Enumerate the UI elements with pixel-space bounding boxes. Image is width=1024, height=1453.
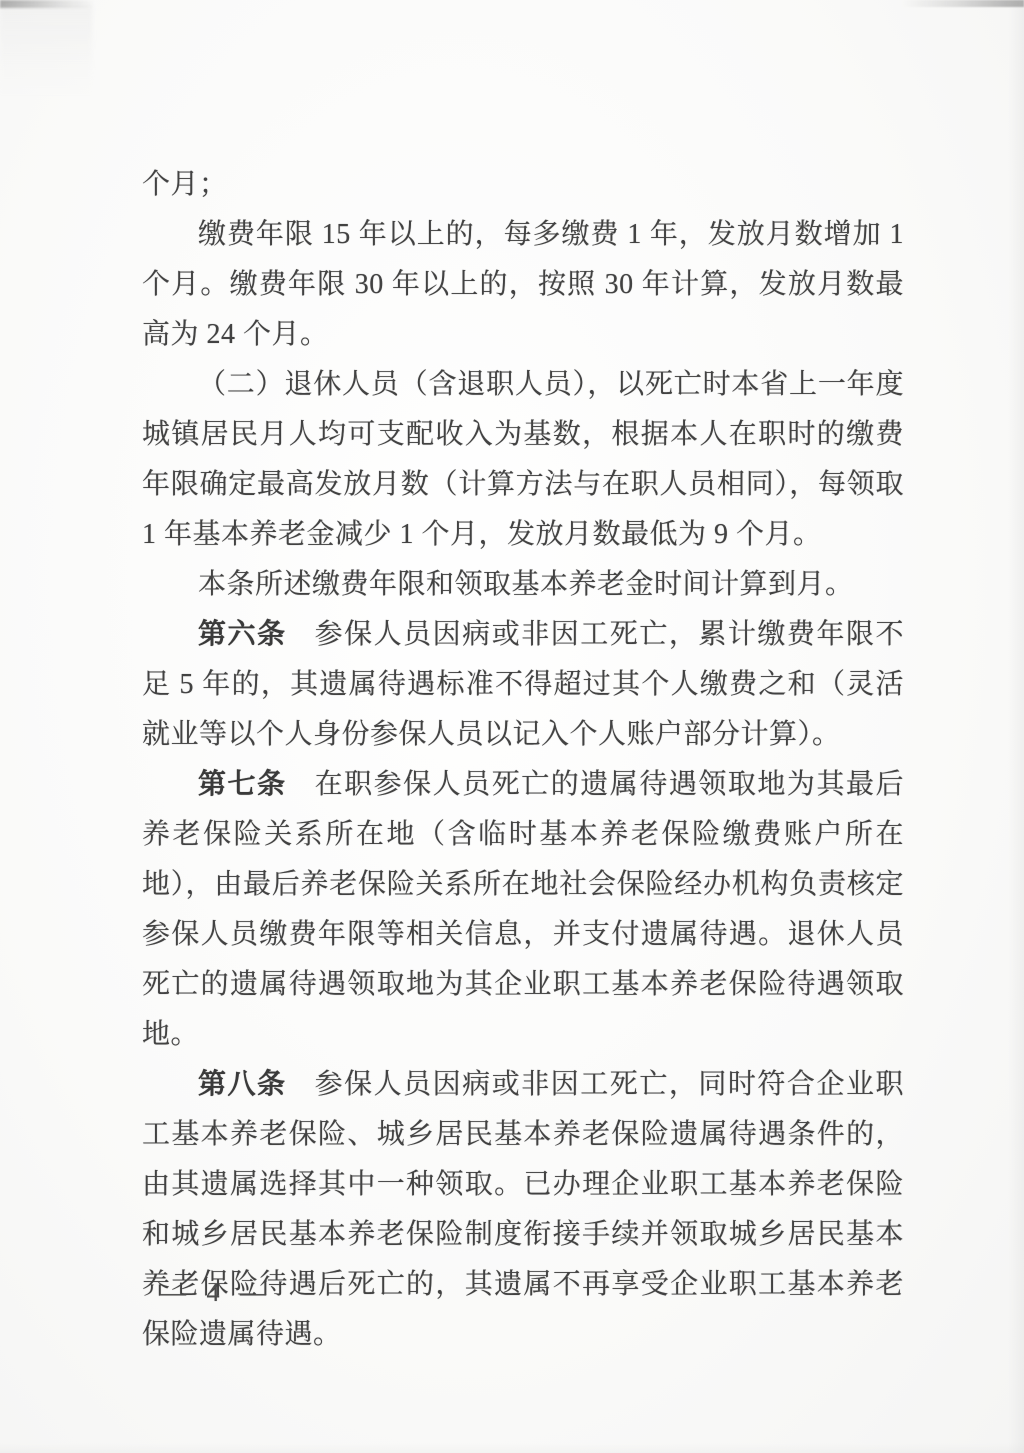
scan-artifact-top-left-patch	[0, 6, 92, 96]
document-page: 个月； 缴费年限 15 年以上的，每多缴费 1 年，发放月数增加 1 个月。缴费…	[0, 0, 1024, 1453]
scan-artifact-bottom-edge	[0, 1443, 1024, 1453]
paragraph-text: 缴费年限 15 年以上的，每多缴费 1 年，发放月数增加 1 个月。缴费年限 3…	[142, 219, 904, 350]
paragraph-text: 个月；	[142, 169, 228, 200]
paragraph: 本条所述缴费年限和领取基本养老金时间计算到月。	[142, 560, 904, 610]
document-body: 个月； 缴费年限 15 年以上的，每多缴费 1 年，发放月数增加 1 个月。缴费…	[142, 160, 904, 1360]
article-number-label: 第八条	[198, 1069, 287, 1100]
paragraph-continuation: 个月；	[142, 160, 904, 210]
paragraph-text: （二）退休人员（含退职人员），以死亡时本省上一年度城镇居民月人均可支配收入为基数…	[142, 369, 904, 550]
article-number-label: 第七条	[198, 769, 287, 800]
paragraph-text: 在职参保人员死亡的遗属待遇领取地为其最后养老保险关系所在地（含临时基本养老保险缴…	[142, 769, 904, 1050]
paragraph-text: 本条所述缴费年限和领取基本养老金时间计算到月。	[198, 569, 854, 600]
paragraph: 缴费年限 15 年以上的，每多缴费 1 年，发放月数增加 1 个月。缴费年限 3…	[142, 210, 904, 360]
paragraph-article-6: 第六条参保人员因病或非因工死亡，累计缴费年限不足 5 年的，其遗属待遇标准不得超…	[142, 610, 904, 760]
scan-artifact-top-right	[902, 0, 1024, 7]
paragraph-article-8: 第八条参保人员因病或非因工死亡，同时符合企业职工基本养老保险、城乡居民基本养老保…	[142, 1060, 904, 1360]
article-number-label: 第六条	[198, 619, 287, 650]
paragraph: （二）退休人员（含退职人员），以死亡时本省上一年度城镇居民月人均可支配收入为基数…	[142, 360, 904, 560]
page-number: — 4 —	[160, 1278, 273, 1308]
scan-artifact-right-edge	[1008, 0, 1024, 1453]
paragraph-article-7: 第七条在职参保人员死亡的遗属待遇领取地为其最后养老保险关系所在地（含临时基本养老…	[142, 760, 904, 1060]
